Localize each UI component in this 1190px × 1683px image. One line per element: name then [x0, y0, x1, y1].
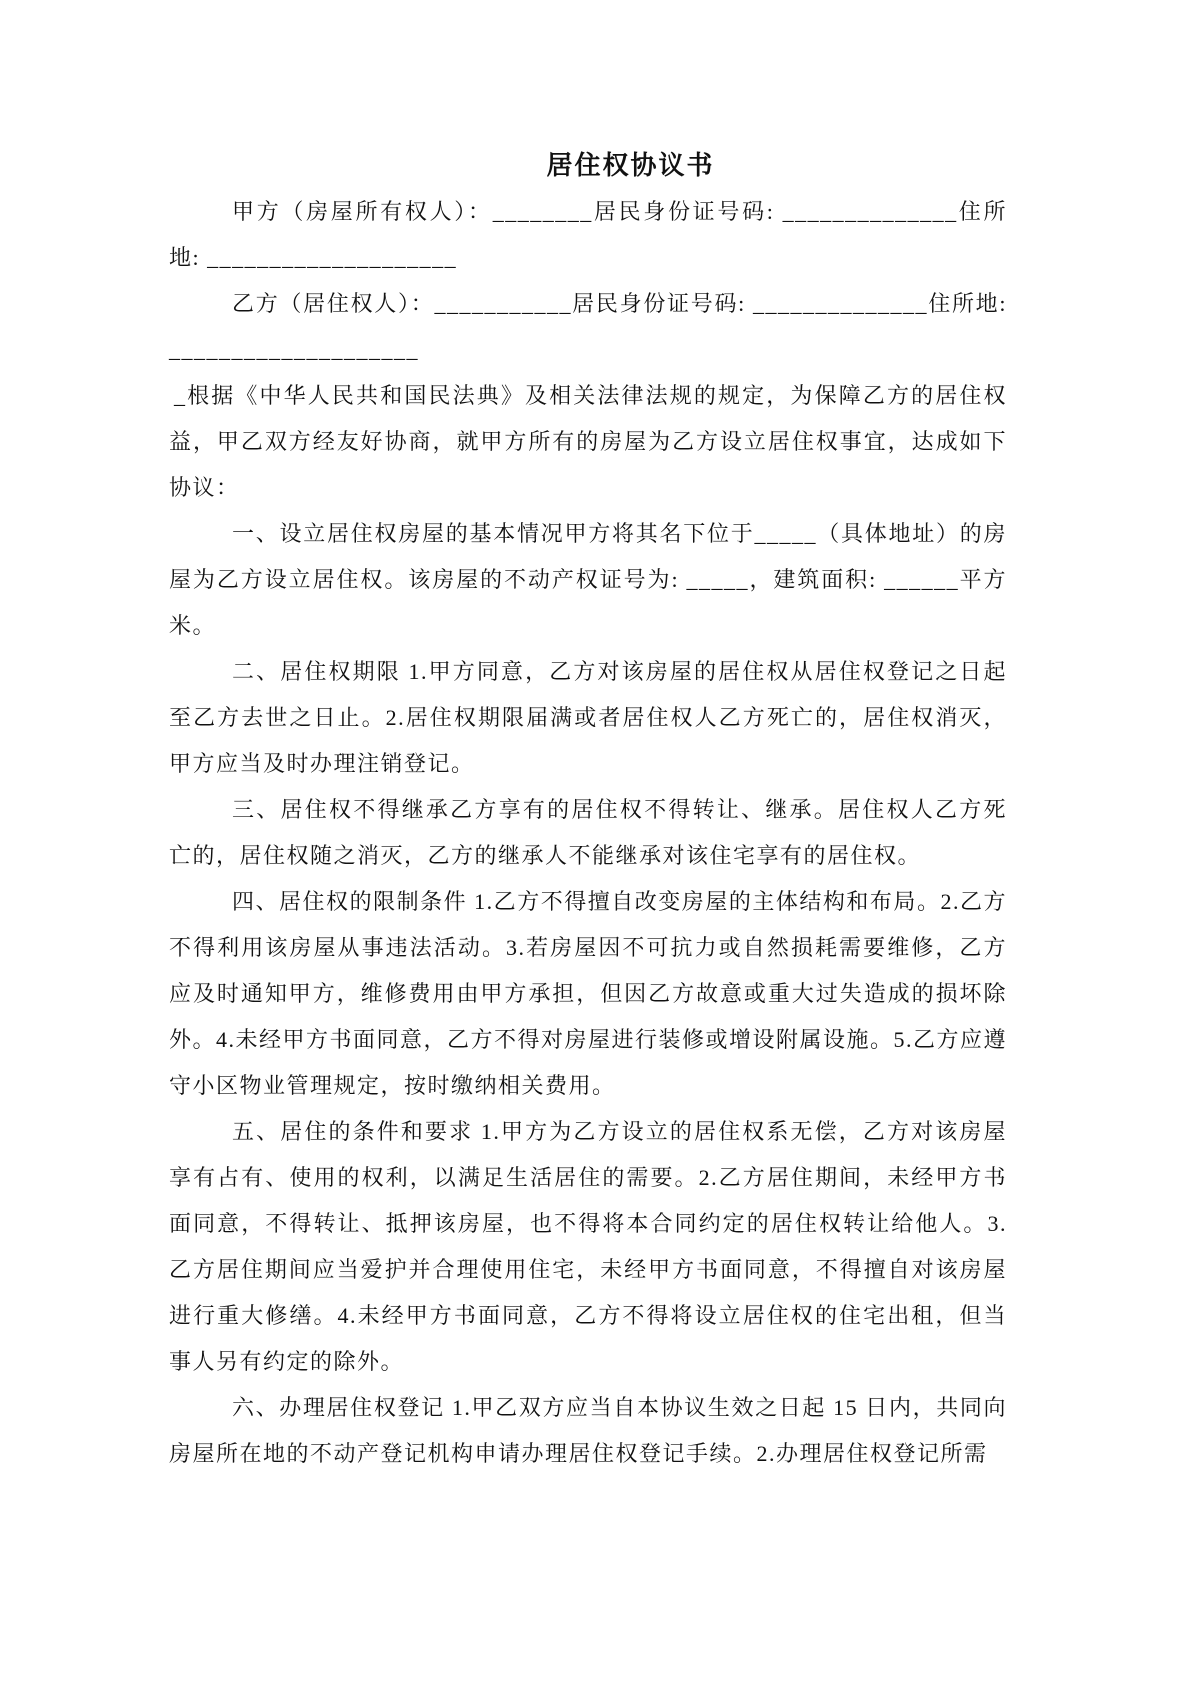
contract-paragraph-clause-4: 四、居住权的限制条件 1.乙方不得擅自改变房屋的主体结构和布局。2.乙方不得利用…: [169, 879, 1007, 1109]
contract-paragraph-clause-3: 三、居住权不得继承乙方享有的居住权不得转让、继承。居住权人乙方死亡的，居住权随之…: [169, 787, 1007, 879]
contract-paragraph-party-b: 乙方（居住权人）：___________居民身份证号码: ___________…: [169, 281, 1007, 373]
document-title: 居住权协议书: [254, 143, 1007, 189]
contract-paragraph-clause-6: 六、办理居住权登记 1.甲乙双方应当自本协议生效之日起 15 日内，共同向房屋所…: [169, 1385, 1007, 1477]
contract-paragraph-clause-1: 一、设立居住权房屋的基本情况甲方将其名下位于_____（具体地址）的房屋为乙方设…: [169, 511, 1007, 649]
contract-paragraph-clause-2: 二、居住权期限 1.甲方同意，乙方对该房屋的居住权从居住权登记之日起至乙方去世之…: [169, 649, 1007, 787]
contract-paragraph-party-a: 甲方（房屋所有权人）：________居民身份证号码: ____________…: [169, 189, 1007, 281]
contract-paragraph-clause-5: 五、居住的条件和要求 1.甲方为乙方设立的居住权系无偿，乙方对该房屋享有占有、使…: [169, 1109, 1007, 1385]
contract-page: 居住权协议书 甲方（房屋所有权人）：________居民身份证号码: _____…: [0, 0, 1190, 1683]
contract-paragraph-preamble: _根据《中华人民共和国民法典》及相关法律法规的规定，为保障乙方的居住权益，甲乙双…: [169, 373, 1007, 511]
